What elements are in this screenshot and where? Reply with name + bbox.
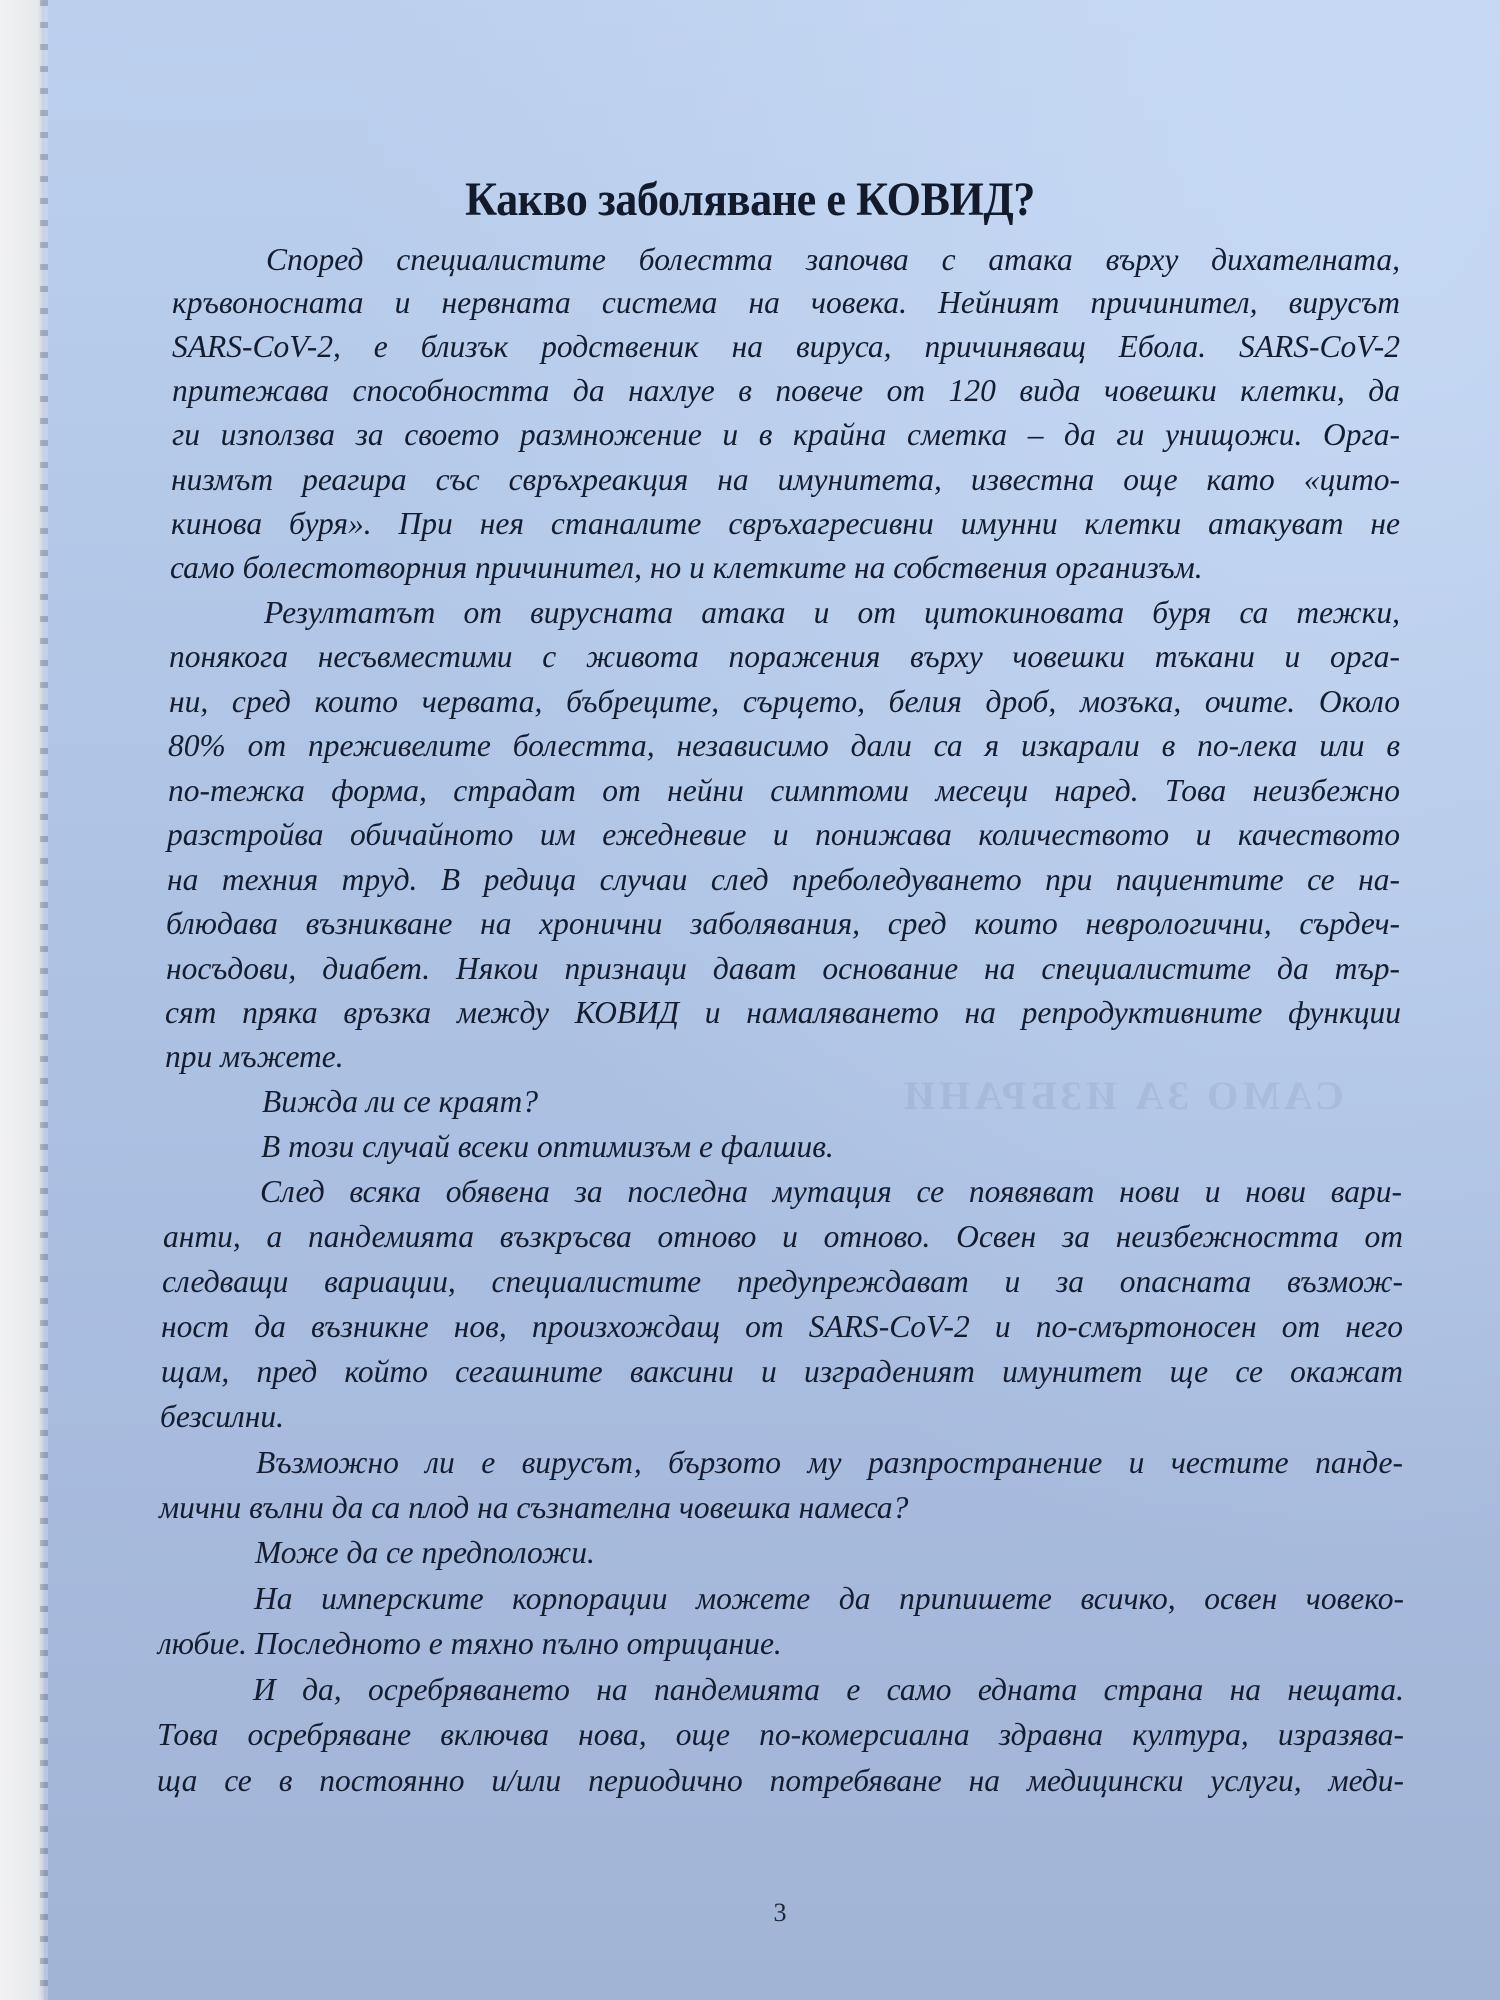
text-line: любие. Последното е тяхно пълно отрицани…	[158, 1628, 868, 1660]
text-line: разстройва обичайното им ежедневие и пон…	[167, 819, 1400, 851]
page-number: 3	[770, 1898, 790, 1928]
text-line: Вижда ли се краят?	[262, 1086, 582, 1118]
text-line: На имперските корпорации можете да припи…	[254, 1583, 1404, 1615]
text-line: ност да възникне нов, произхождащ от SAR…	[161, 1311, 1403, 1343]
text-line: Възможно ли е вирусът, бързото му разпро…	[256, 1447, 1403, 1479]
text-line: И да, осребряването на пандемията е само…	[253, 1674, 1404, 1706]
text-line: притежава способността да нахлуе в повеч…	[172, 375, 1400, 407]
text-line: ги използва за своето размножение и в кр…	[172, 419, 1400, 451]
text-line: 80% от преживелите болестта, независимо …	[168, 730, 1400, 762]
text-line: В този случай всеки оптимизъм е фалшив.	[261, 1131, 921, 1163]
text-line: носъдови, диабет. Някои признаци дават о…	[166, 953, 1400, 985]
text-line: мични вълни да са плод на съзнателна чов…	[159, 1492, 1039, 1524]
page-title: Какво заболяване е КОВИД?	[60, 172, 1440, 227]
text-line: при мъжете.	[165, 1041, 365, 1073]
text-line: безсилни.	[160, 1401, 320, 1433]
text-line: кръвоносната и нервната система на човек…	[172, 287, 1400, 319]
text-line: блюдава възникване на хронични заболяван…	[166, 908, 1400, 940]
page-deckle-edge	[40, 0, 48, 2000]
text-line: по-тежка форма, страдат от нейни симптом…	[168, 775, 1400, 807]
text-line: Това осребряване включва нова, още по-ко…	[157, 1719, 1404, 1751]
text-line: Може да се предположи.	[255, 1537, 645, 1569]
bleed-through-text: САМО ЗА ИЗБРАНИ	[900, 1072, 1344, 1119]
text-line: низмът реагира със свръхреакция на имуни…	[171, 464, 1400, 496]
text-line: анти, а пандемията възкръсва отново и от…	[163, 1221, 1403, 1253]
text-line: понякога несъвместими с живота поражения…	[169, 641, 1400, 673]
text-line: сят пряка връзка между КОВИД и намаляван…	[165, 997, 1401, 1029]
text-line: кинова буря». При нея станалите свръхагр…	[171, 508, 1400, 540]
text-line: щам, пред който сегашните ваксини и изгр…	[161, 1356, 1403, 1388]
text-line: SARS-CoV-2, е близък родственик на вирус…	[172, 331, 1400, 363]
text-line: След всяка обявена за последна мутация с…	[260, 1176, 1402, 1208]
text-line: само болестотворния причинител, но и кле…	[170, 552, 1330, 584]
text-line: Според специалистите болестта започва с …	[266, 244, 1400, 276]
text-line: ни, сред които червата, бъбреците, сърце…	[169, 686, 1400, 718]
text-line: следващи вариации, специалистите предупр…	[162, 1266, 1403, 1298]
text-line: на техния труд. В редица случаи след пре…	[167, 864, 1400, 896]
text-line: ща се в постоянно и/или периодично потре…	[157, 1765, 1404, 1797]
text-line: Резултатът от вирусната атака и от циток…	[264, 597, 1400, 629]
